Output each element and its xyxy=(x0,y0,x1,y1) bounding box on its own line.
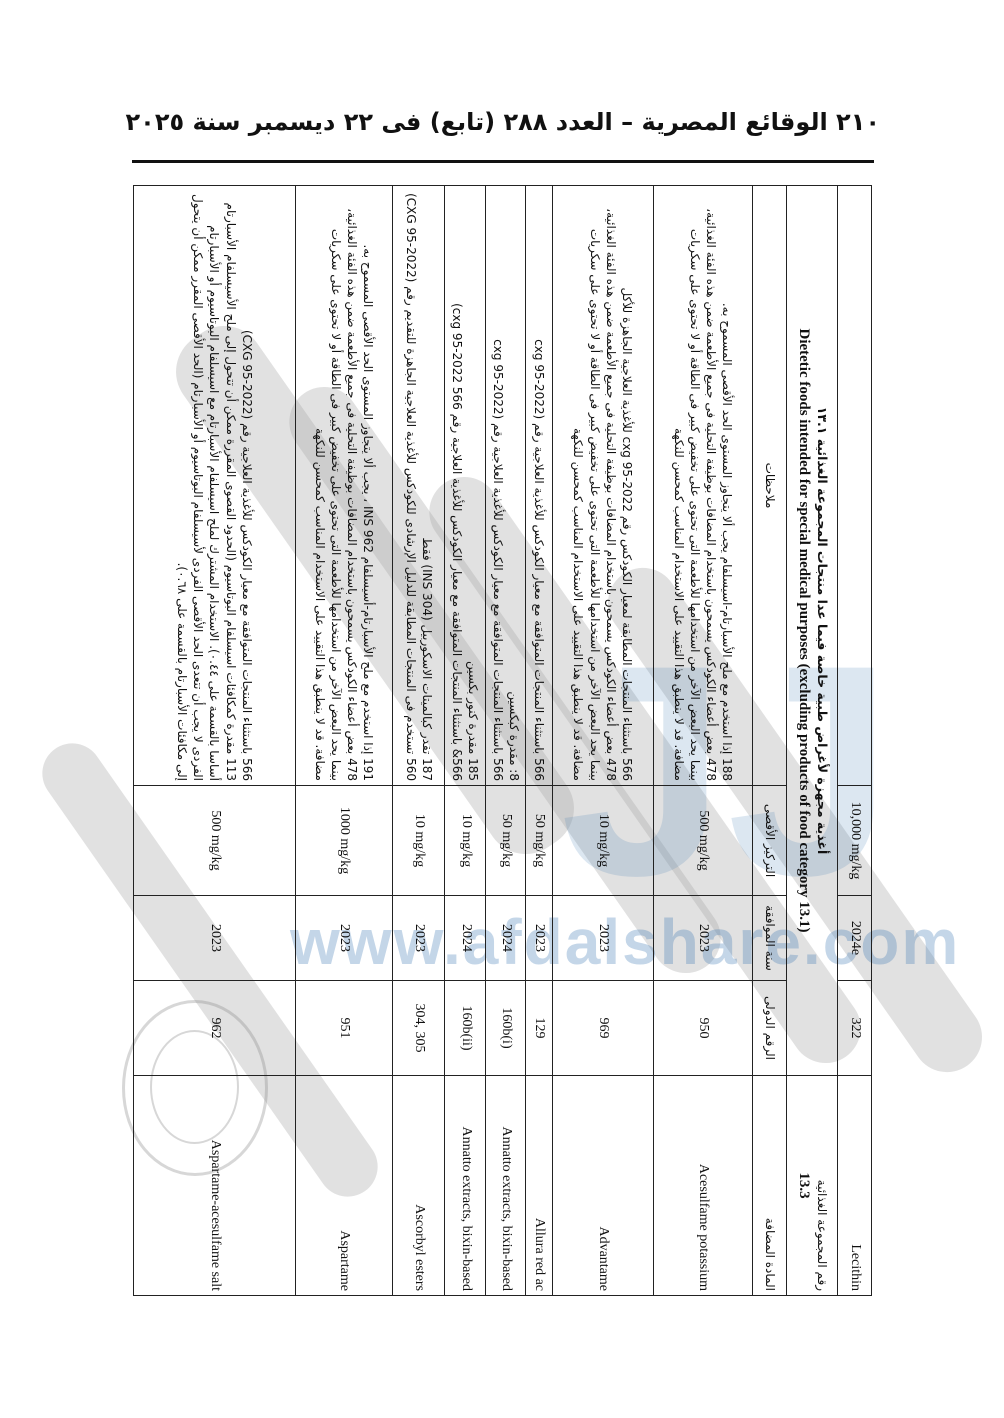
notes-cell: 191 إذا استخدم مع ملح الأسبارتام-أسيسلفا… xyxy=(295,186,392,786)
additive-name-cell: Annatto extracts, bixin-based xyxy=(445,1076,485,1296)
ins-cell: 129 xyxy=(526,981,552,1076)
ins-cell: 951 xyxy=(295,981,392,1076)
notes-cell: 566 باستثناء المنتجات المطابقة لمعيار ال… xyxy=(552,186,653,786)
header-additive-name: المادة المضافة xyxy=(752,1076,786,1296)
category-cell: رقم المجموعة الغذائية 13.3 xyxy=(787,1076,838,1296)
header-year: سنة الموافقة xyxy=(752,896,786,981)
page-header: ٢١٠ الوقائع المصرية – العدد ٢٨٨ (تابع) ف… xyxy=(190,108,880,148)
ins-cell: 322 xyxy=(837,981,871,1076)
notes-cell: 8: مقدرة كبكسين566 باستثناء المنتجات الم… xyxy=(485,186,525,786)
year-cell: 2023 xyxy=(295,896,392,981)
ins-cell: 304, 305 xyxy=(392,981,445,1076)
category-title-en: Dietetic foods intended for special medi… xyxy=(796,329,812,933)
ins-cell: 160b(ii) xyxy=(445,981,485,1076)
header-notes: ملاحظات xyxy=(752,186,786,786)
category-title: أغذية مجهزة لأغراض طبية خاصة فيما عدا من… xyxy=(787,186,838,1076)
additive-name-cell: Aspartame-acesulfame salt xyxy=(134,1076,296,1296)
max-level-cell: 500 mg/kg xyxy=(653,786,752,896)
notes-cell: 187 تقدر كبالميتات الاسكوربيل (INS 304) … xyxy=(392,186,445,786)
table-row: 566 باستثناء المنتجات المتوافقة مع معيار… xyxy=(526,186,552,1296)
note-line: 478 بعض أعضاء الكودكس يسمحون باستخدام ال… xyxy=(570,190,619,781)
additives-table: 10,000 mg/kg 2024e 322 Lecithin أغذية مج… xyxy=(133,185,872,1296)
category-title-ar: أغذية مجهزة لأغراض طبية خاصة فيما عدا من… xyxy=(814,190,831,1071)
table-row: 191 إذا استخدم مع ملح الأسبارتام-أسيسلفا… xyxy=(295,186,392,1296)
year-cell: 2023 xyxy=(134,896,296,981)
table-row: 185 مقدرة كنور بكسين566& باستثناء المنتج… xyxy=(445,186,485,1296)
notes-cell xyxy=(837,186,871,786)
notes-cell: 185 مقدرة كنور بكسين566& باستثناء المنتج… xyxy=(445,186,485,786)
table-row: 566 باستثناء المنتجات المطابقة لمعيار ال… xyxy=(552,186,653,1296)
additive-name-cell: Aspartame xyxy=(295,1076,392,1296)
additive-name-cell: Allura red ac xyxy=(526,1076,552,1296)
year-cell: 2023 xyxy=(653,896,752,981)
ins-cell: 969 xyxy=(552,981,653,1076)
note-line: 185 مقدرة كنور بكسين xyxy=(465,190,481,781)
note-line: 188 إذا استخدم مع ملح الأسبارتام-اسيسلفا… xyxy=(719,190,735,781)
max-level-cell: 50 mg/kg xyxy=(526,786,552,896)
max-level-cell: 500 mg/kg xyxy=(134,786,296,896)
table-row: 188 إذا استخدم مع ملح الأسبارتام-اسيسلفا… xyxy=(653,186,752,1296)
note-line: 187 تقدر كبالميتات الاسكوربيل (INS 304) … xyxy=(419,190,435,781)
ins-cell: 962 xyxy=(134,981,296,1076)
ins-cell: 160b(i) xyxy=(485,981,525,1076)
year-cell: 2023 xyxy=(526,896,552,981)
table-row: 566 باستثناء المنتجات المتوافقة مع معيار… xyxy=(134,186,296,1296)
year-cell: 2024e xyxy=(837,896,871,981)
year-cell: 2024 xyxy=(485,896,525,981)
notes-cell: 188 إذا استخدم مع ملح الأسبارتام-اسيسلفا… xyxy=(653,186,752,786)
category-row: أغذية مجهزة لأغراض طبية خاصة فيما عدا من… xyxy=(787,186,838,1296)
category-label: رقم المجموعة الغذائية xyxy=(814,1080,830,1291)
max-level-cell: 10,000 mg/kg xyxy=(837,786,871,896)
additive-name-cell: Lecithin xyxy=(837,1076,871,1296)
note-line: 566 باستثناء المنتجات المتوافقة مع معيار… xyxy=(489,190,505,781)
note-line: 478 بعض أعضاء الكودكس يسمحون باستخدام ال… xyxy=(670,190,719,781)
header-max-level: التركيز الأقصى xyxy=(752,786,786,896)
table-row: 8: مقدرة كبكسين566 باستثناء المنتجات الم… xyxy=(485,186,525,1296)
year-cell: 2024 xyxy=(445,896,485,981)
notes-cell: 566 باستثناء المنتجات المتوافقة مع معيار… xyxy=(134,186,296,786)
additive-name-cell: Ascorbyl esters xyxy=(392,1076,445,1296)
note-line: 566 باستثناء المنتجات المطابقة لمعيار ال… xyxy=(619,190,635,781)
table-row: 187 تقدر كبالميتات الاسكوربيل (INS 304) … xyxy=(392,186,445,1296)
note-line: 566 باستثناء المنتجات المتوافقة مع معيار… xyxy=(531,190,547,781)
note-line: 191 إذا استخدم مع ملح الأسبارتام-أسيسلفا… xyxy=(360,190,376,781)
additive-name-cell: Acesulfame potassium xyxy=(653,1076,752,1296)
note-line: 478 بعض أعضاء الكودكس يسمحون باستخدام ال… xyxy=(311,190,360,781)
note-line: 113 مقدرة كمكافئات اسيسلفام البوتاسيوم (… xyxy=(174,190,239,781)
ins-cell: 950 xyxy=(653,981,752,1076)
max-level-cell: 1000 mg/kg xyxy=(295,786,392,896)
additives-table-wrapper: 10,000 mg/kg 2024e 322 Lecithin أغذية مج… xyxy=(133,185,872,1295)
category-number: 13.3 xyxy=(794,1080,814,1291)
additive-name-cell: Annatto extracts, bixin-based xyxy=(485,1076,525,1296)
year-cell: 2023 xyxy=(392,896,445,981)
note-line: 566 باستثناء المنتجات المتوافقة مع معيار… xyxy=(239,190,255,781)
header-rule xyxy=(132,160,874,163)
max-level-cell: 10 mg/kg xyxy=(392,786,445,896)
max-level-cell: 10 mg/kg xyxy=(552,786,653,896)
table-row-lecithin: 10,000 mg/kg 2024e 322 Lecithin xyxy=(837,186,871,1296)
header-ins: الرقم الدولى xyxy=(752,981,786,1076)
note-line: 560 تستخدم فى المنتجات المطابقة للدليل ا… xyxy=(402,190,418,781)
year-cell: 2023 xyxy=(552,896,653,981)
note-line: 566& باستثناء المنتجات المتوافقة مع معيا… xyxy=(449,190,465,781)
additive-name-cell: Advantame xyxy=(552,1076,653,1296)
notes-cell: 566 باستثناء المنتجات المتوافقة مع معيار… xyxy=(526,186,552,786)
max-level-cell: 10 mg/kg xyxy=(445,786,485,896)
header-row: ملاحظات التركيز الأقصى سنة الموافقة الرق… xyxy=(752,186,786,1296)
max-level-cell: 50 mg/kg xyxy=(485,786,525,896)
note-line: 8: مقدرة كبكسين xyxy=(506,190,522,781)
